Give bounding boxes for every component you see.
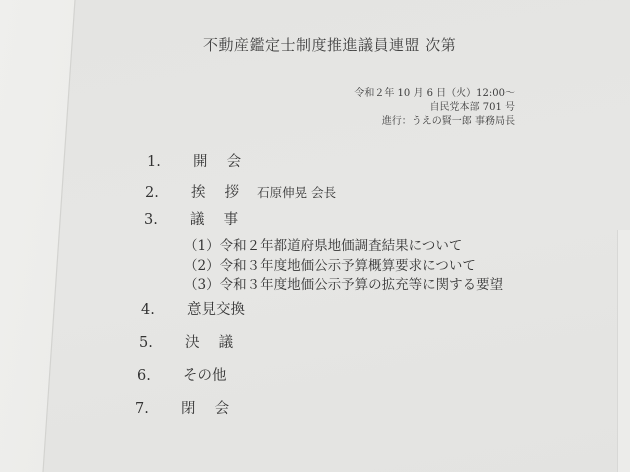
- agenda-label: その他: [183, 364, 227, 385]
- meeting-datetime: 令和２年 10 月 6 日（火）12:00～: [354, 84, 515, 99]
- agenda-number: 1.: [147, 154, 193, 170]
- agenda-item-7: 7.閉 会: [135, 397, 229, 418]
- agenda-label: 挨 拶: [191, 181, 239, 202]
- agenda-item-4: 4.意見交換: [141, 298, 245, 319]
- agenda-subitem-3: （3）令和３年度地価公示予算の拡充等に関する要望: [184, 273, 503, 293]
- agenda-number: 4.: [141, 302, 187, 318]
- meeting-venue: 自民党本部 701 号: [430, 98, 515, 113]
- agenda-subitem-2: （2）令和３年度地価公示予算概算要求について: [184, 254, 476, 274]
- agenda-item-2: 2.挨 拶石原伸晃 会長: [145, 181, 336, 202]
- agenda-number: 7.: [135, 401, 181, 417]
- agenda-subitem-1: （1）令和２年都道府県地価調査結果について: [184, 234, 462, 254]
- agenda-number: 2.: [145, 185, 191, 201]
- agenda-item-3: 3.議 事: [144, 208, 238, 229]
- agenda-label: 意見交換: [187, 298, 245, 319]
- agenda-label: 決 議: [185, 331, 233, 352]
- paper-right-edge: [617, 230, 630, 472]
- agenda-item-6: 6.その他: [137, 364, 227, 385]
- agenda-number: 6.: [137, 368, 183, 384]
- meeting-moderator: 進行：うえの賢一郎 事務局長: [382, 112, 515, 127]
- agenda-number: 5.: [139, 335, 185, 351]
- agenda-speaker: 石原伸晃 会長: [257, 185, 336, 200]
- agenda-label: 開 会: [193, 150, 241, 171]
- agenda-label: 議 事: [190, 208, 238, 229]
- agenda-label: 閉 会: [181, 397, 229, 418]
- agenda-item-5: 5.決 議: [139, 331, 233, 352]
- agenda-number: 3.: [144, 212, 190, 228]
- document-title: 不動産鑑定士制度推進議員連盟 次第: [203, 34, 456, 55]
- agenda-item-1: 1.開 会: [147, 150, 241, 171]
